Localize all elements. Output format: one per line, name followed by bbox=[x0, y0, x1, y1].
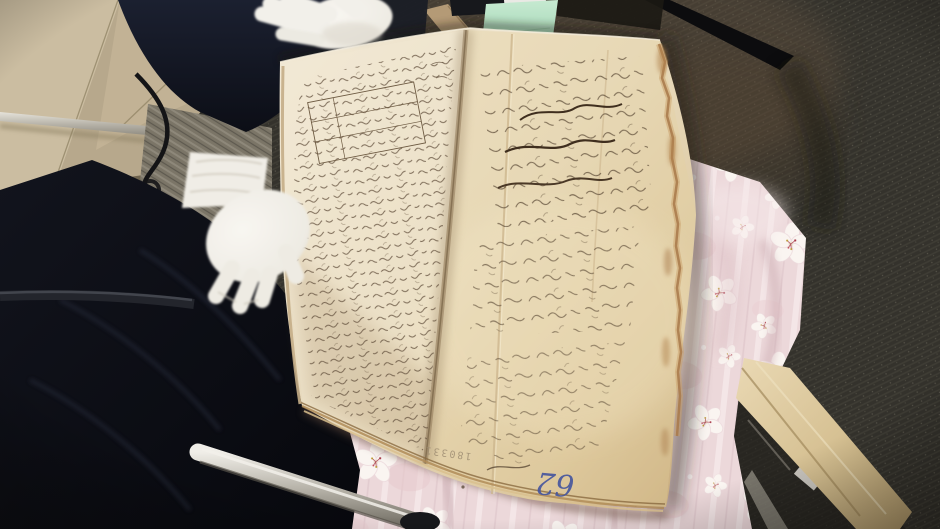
vignette bbox=[0, 0, 940, 529]
photograph-archival-manuscript: 62 180331 bbox=[0, 0, 940, 529]
